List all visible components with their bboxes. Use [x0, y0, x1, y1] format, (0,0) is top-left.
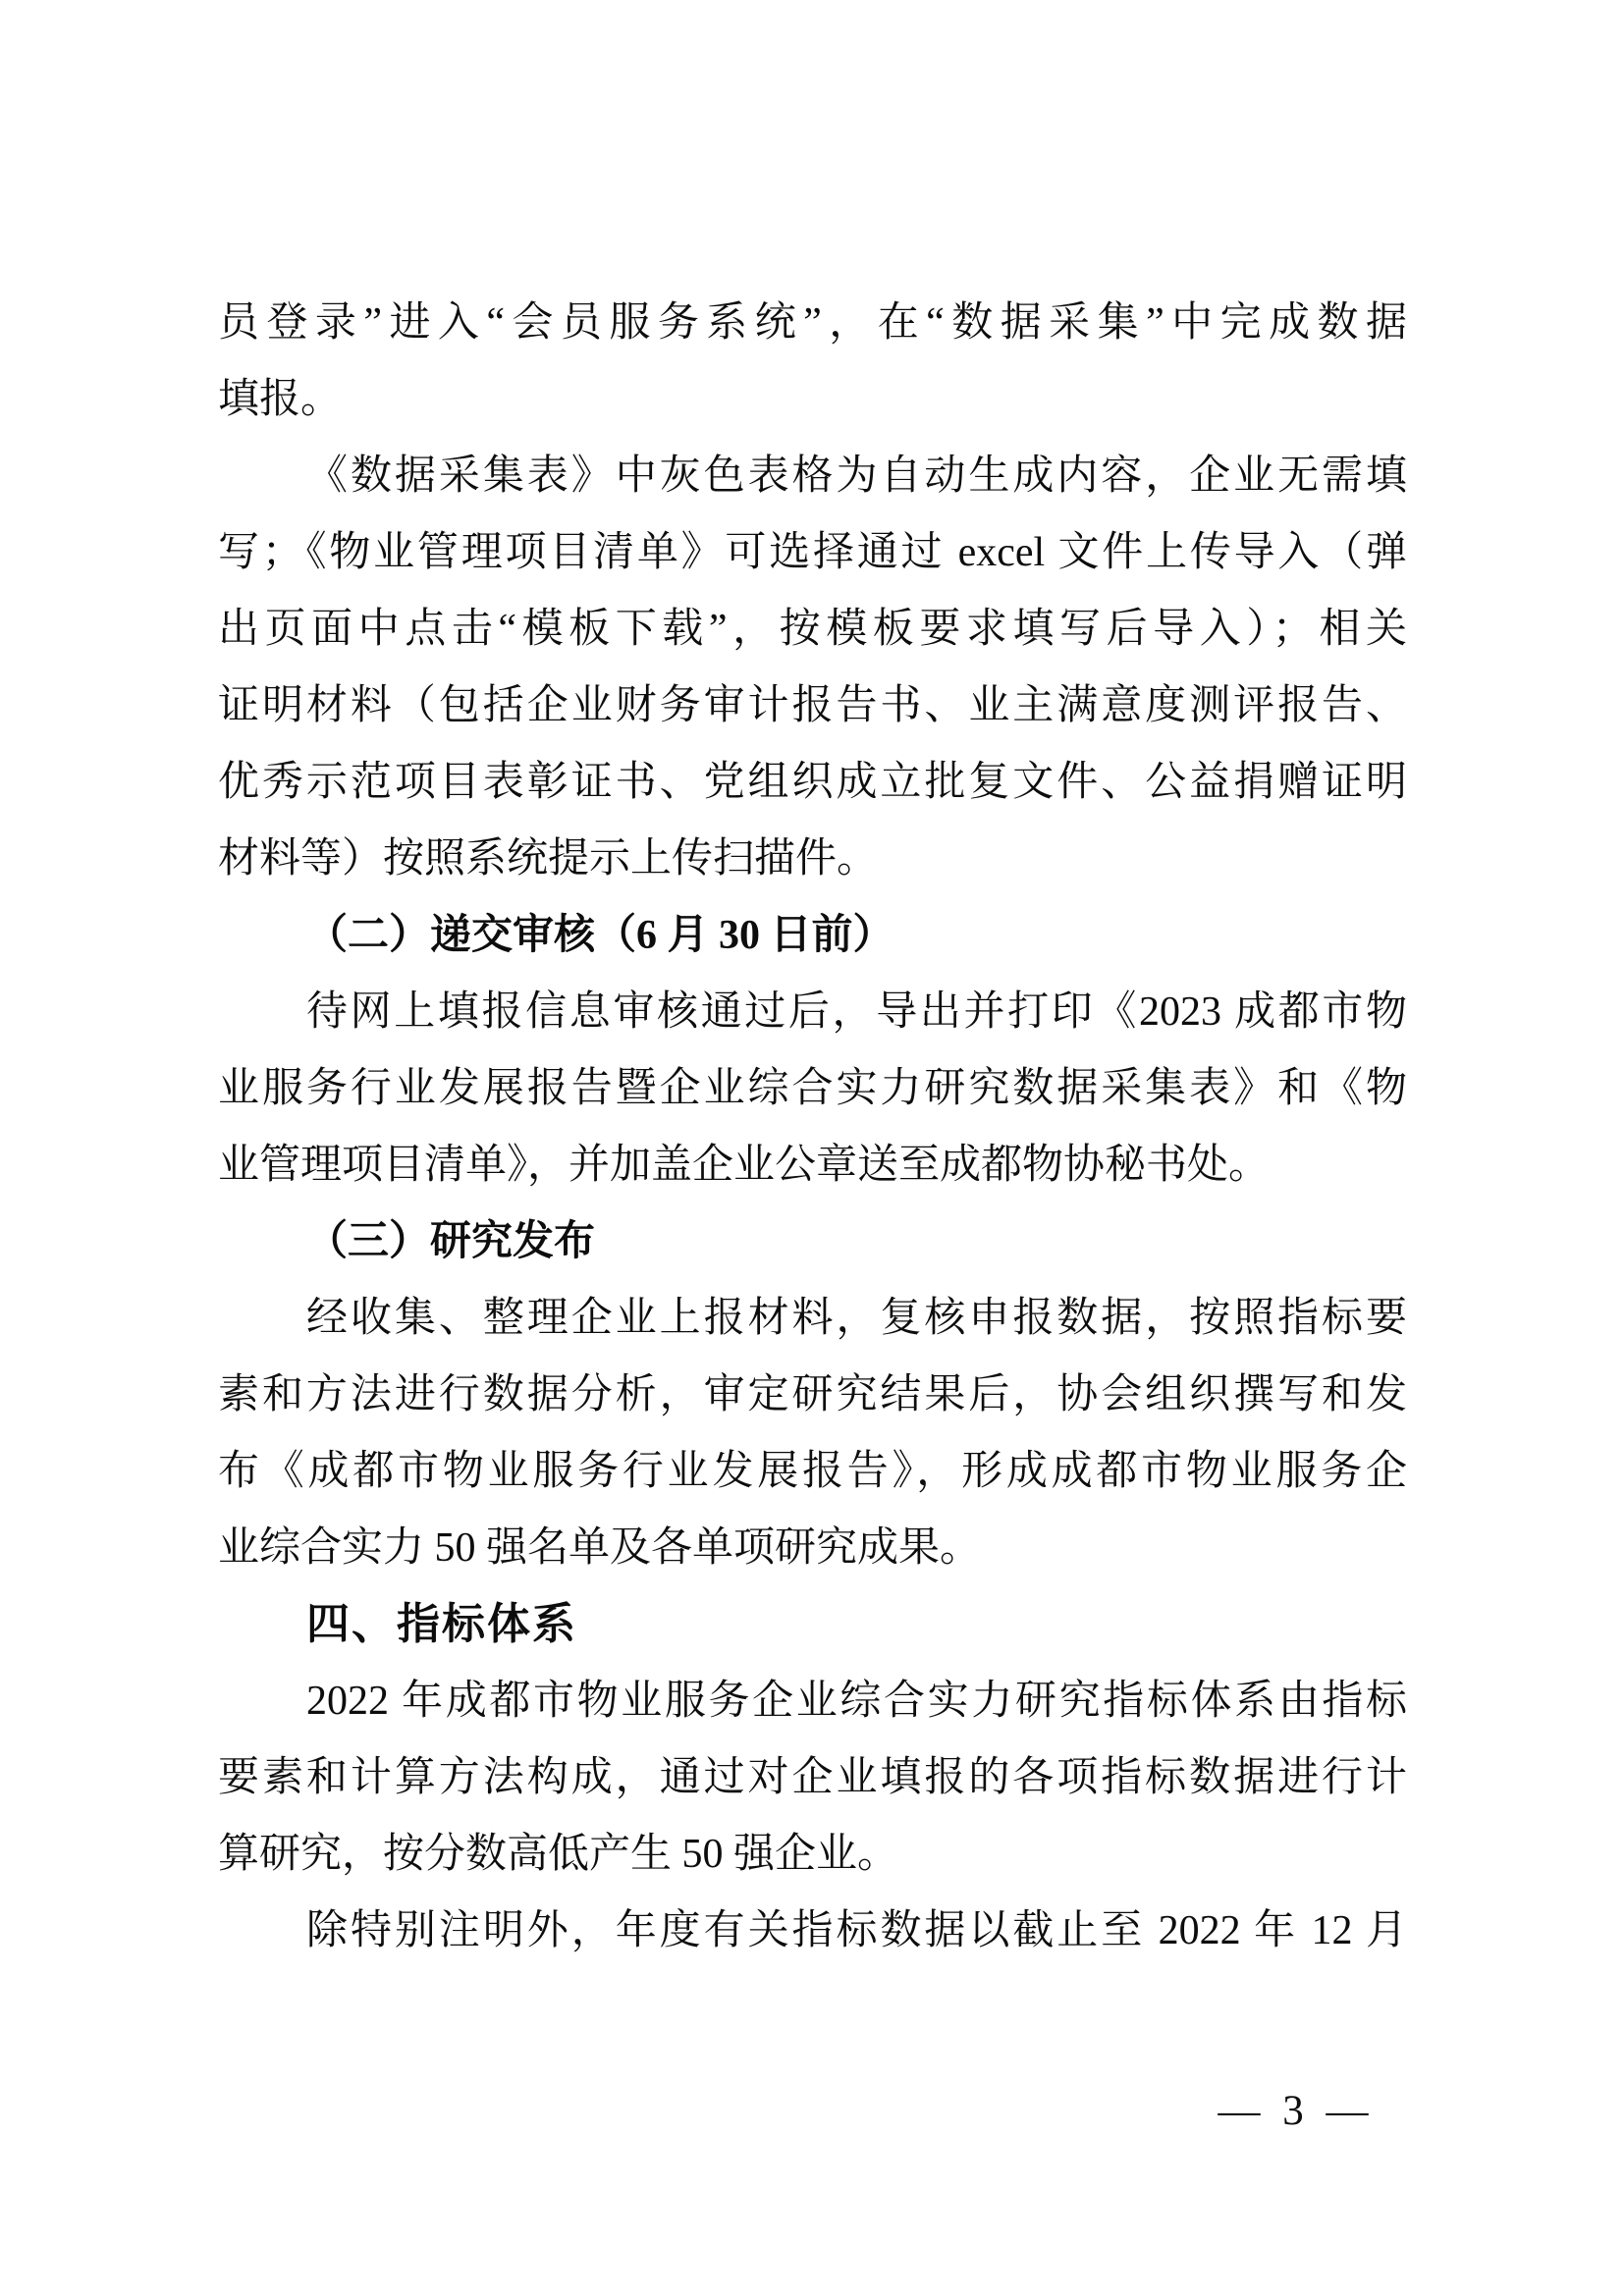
subsection-heading: （三）研究发布	[218, 1203, 1407, 1280]
body-line: 2022 年成都市物业服务企业综合实力研究指标体系由指标	[218, 1663, 1407, 1739]
body-line: 《数据采集表》中灰色表格为自动生成内容，企业无需填	[218, 438, 1407, 514]
body-line: 待网上填报信息审核通过后，导出并打印《2023 成都市物	[218, 974, 1407, 1050]
body-line: 出页面中点击“模板下载”，按模板要求填写后导入）；相关	[218, 591, 1407, 667]
page-footer: — 3 —	[1149, 2087, 1443, 2136]
body-line: 业综合实力 50 强名单及各单项研究成果。	[218, 1510, 1407, 1586]
body-line: 经收集、整理企业上报材料，复核申报数据，按照指标要	[218, 1280, 1407, 1357]
page-number: — 3 —	[1218, 2088, 1375, 2134]
body-line: 业管理项目清单》，并加盖企业公章送至成都物协秘书处。	[218, 1127, 1407, 1203]
body-line: 写；《物业管理项目清单》可选择通过 excel 文件上传导入（弹	[218, 514, 1407, 591]
body-line: 布《成都市物业服务行业发展报告》，形成成都市物业服务企	[218, 1433, 1407, 1510]
document-body: 员登录”进入“会员服务系统”，在“数据采集”中完成数据 填报。 《数据采集表》中…	[218, 285, 1407, 1969]
body-line: 填报。	[218, 361, 1407, 438]
document-page: 员登录”进入“会员服务系统”，在“数据采集”中完成数据 填报。 《数据采集表》中…	[0, 0, 1624, 2296]
section-heading: 四、指标体系	[218, 1586, 1407, 1663]
body-line: 员登录”进入“会员服务系统”，在“数据采集”中完成数据	[218, 285, 1407, 361]
body-line: 业服务行业发展报告暨企业综合实力研究数据采集表》和《物	[218, 1050, 1407, 1127]
body-line: 素和方法进行数据分析，审定研究结果后，协会组织撰写和发	[218, 1357, 1407, 1433]
body-line: 算研究，按分数高低产生 50 强企业。	[218, 1816, 1407, 1893]
subsection-heading: （二）递交审核（6 月 30 日前）	[218, 897, 1407, 974]
body-line: 优秀示范项目表彰证书、党组织成立批复文件、公益捐赠证明	[218, 744, 1407, 821]
body-line: 除特别注明外，年度有关指标数据以截止至 2022 年 12 月	[218, 1893, 1407, 1969]
body-line: 证明材料（包括企业财务审计报告书、业主满意度测评报告、	[218, 667, 1407, 744]
body-line: 要素和计算方法构成，通过对企业填报的各项指标数据进行计	[218, 1739, 1407, 1816]
body-line: 材料等）按照系统提示上传扫描件。	[218, 821, 1407, 897]
